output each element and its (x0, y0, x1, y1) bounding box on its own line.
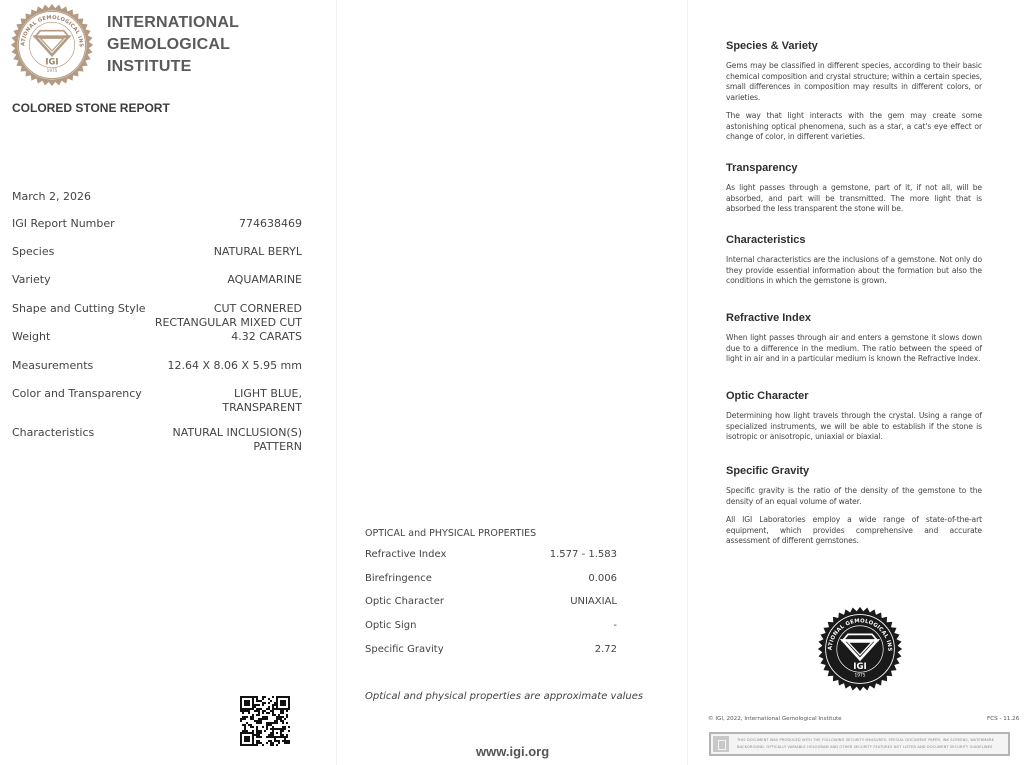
info-heading: Refractive Index (726, 312, 982, 324)
security-features-box: THIS DOCUMENT WAS PRODUCED WITH THE FOLL… (709, 732, 1010, 756)
field-label: Color and Transparency (12, 387, 142, 400)
info-refractive-index: Refractive Index When light passes throu… (726, 312, 982, 365)
website-link[interactable]: www.igi.org (476, 744, 549, 759)
field-value: 4.32 CARATS (231, 330, 302, 344)
info-heading: Specific Gravity (726, 465, 982, 477)
optical-label: Birefringence (365, 573, 432, 584)
optical-value: 0.006 (588, 573, 617, 584)
field-value: 774638469 (239, 217, 302, 231)
optical-value: 2.72 (595, 644, 617, 655)
optical-properties-section: OPTICAL and PHYSICAL PROPERTIES Refracti… (365, 528, 617, 539)
info-paragraph: As light passes through a gemstone, part… (726, 183, 982, 215)
info-heading: Optic Character (726, 390, 982, 402)
field-value: NATURAL BERYL (214, 245, 302, 259)
org-name-line: INTERNATIONAL (107, 12, 239, 34)
info-paragraph: Internal characteristics are the inclusi… (726, 255, 982, 287)
info-specific-gravity: Specific Gravity Specific gravity is the… (726, 465, 982, 547)
info-characteristics: Characteristics Internal characteristics… (726, 234, 982, 287)
svg-text:1975: 1975 (47, 68, 58, 73)
org-name-line: INSTITUTE (107, 56, 239, 78)
info-heading: Characteristics (726, 234, 982, 246)
optical-properties-title: OPTICAL and PHYSICAL PROPERTIES (365, 528, 617, 539)
form-code: FCS - 11.26 (987, 716, 1019, 722)
org-name-line: GEMOLOGICAL (107, 34, 239, 56)
field-label: Measurements (12, 359, 93, 372)
optical-disclaimer: Optical and physical properties are appr… (365, 691, 643, 702)
field-value: LIGHT BLUE,TRANSPARENT (222, 387, 302, 415)
optical-label: Specific Gravity (365, 644, 444, 655)
copyright-notice: © IGI, 2022, International Gemological I… (708, 716, 842, 722)
qr-code[interactable] (240, 696, 290, 746)
field-label: Variety (12, 273, 51, 286)
field-label: IGI Report Number (12, 217, 115, 230)
optical-value: 1.577 - 1.583 (550, 549, 617, 560)
report-type-title: COLORED STONE REPORT (12, 101, 170, 115)
security-text: THIS DOCUMENT WAS PRODUCED WITH THE FOLL… (737, 737, 1007, 751)
info-paragraph: Specific gravity is the ratio of the den… (726, 486, 982, 507)
igi-seal-logo-icon: INTERNATIONAL GEMOLOGICAL INSTITUTE IGI … (10, 3, 94, 87)
field-label: Shape and Cutting Style (12, 302, 146, 315)
info-paragraph: Gems may be classified in different spec… (726, 61, 982, 103)
field-label: Weight (12, 330, 50, 343)
optical-value: UNIAXIAL (570, 596, 617, 607)
field-value: 12.64 X 8.06 X 5.95 mm (168, 359, 302, 373)
field-value: AQUAMARINE (227, 273, 302, 287)
info-paragraph: Determining how light travels through th… (726, 411, 982, 443)
info-species-variety: Species & Variety Gems may be classified… (726, 40, 982, 143)
info-paragraph: All IGI Laboratories employ a wide range… (726, 515, 982, 547)
info-optic-character: Optic Character Determining how light tr… (726, 390, 982, 443)
field-label: Species (12, 245, 54, 258)
report-front-panel: INTERNATIONAL GEMOLOGICAL INSTITUTE IGI … (0, 0, 336, 765)
optical-label: Optic Sign (365, 620, 416, 631)
org-name: INTERNATIONAL GEMOLOGICAL INSTITUTE (107, 12, 239, 78)
optical-value: - (613, 620, 617, 631)
secure-document-icon (713, 736, 729, 752)
svg-text:IGI: IGI (853, 662, 866, 672)
optical-label: Refractive Index (365, 549, 446, 560)
svg-text:1975: 1975 (855, 673, 866, 679)
field-value: NATURAL INCLUSION(S)PATTERN (173, 426, 302, 454)
report-date: March 2, 2026 (12, 190, 91, 203)
igi-black-seal-icon: INTERNATIONAL GEMOLOGICAL INSTITUTE IGI … (817, 606, 903, 692)
info-heading: Species & Variety (726, 40, 982, 52)
info-paragraph: The way that light interacts with the ge… (726, 111, 982, 143)
field-value: CUT CORNEREDRECTANGULAR MIXED CUT (155, 302, 302, 330)
field-label: Characteristics (12, 426, 94, 439)
info-paragraph: When light passes through air and enters… (726, 333, 982, 365)
info-transparency: Transparency As light passes through a g… (726, 162, 982, 215)
info-heading: Transparency (726, 162, 982, 174)
svg-text:IGI: IGI (45, 56, 58, 66)
optical-label: Optic Character (365, 596, 444, 607)
